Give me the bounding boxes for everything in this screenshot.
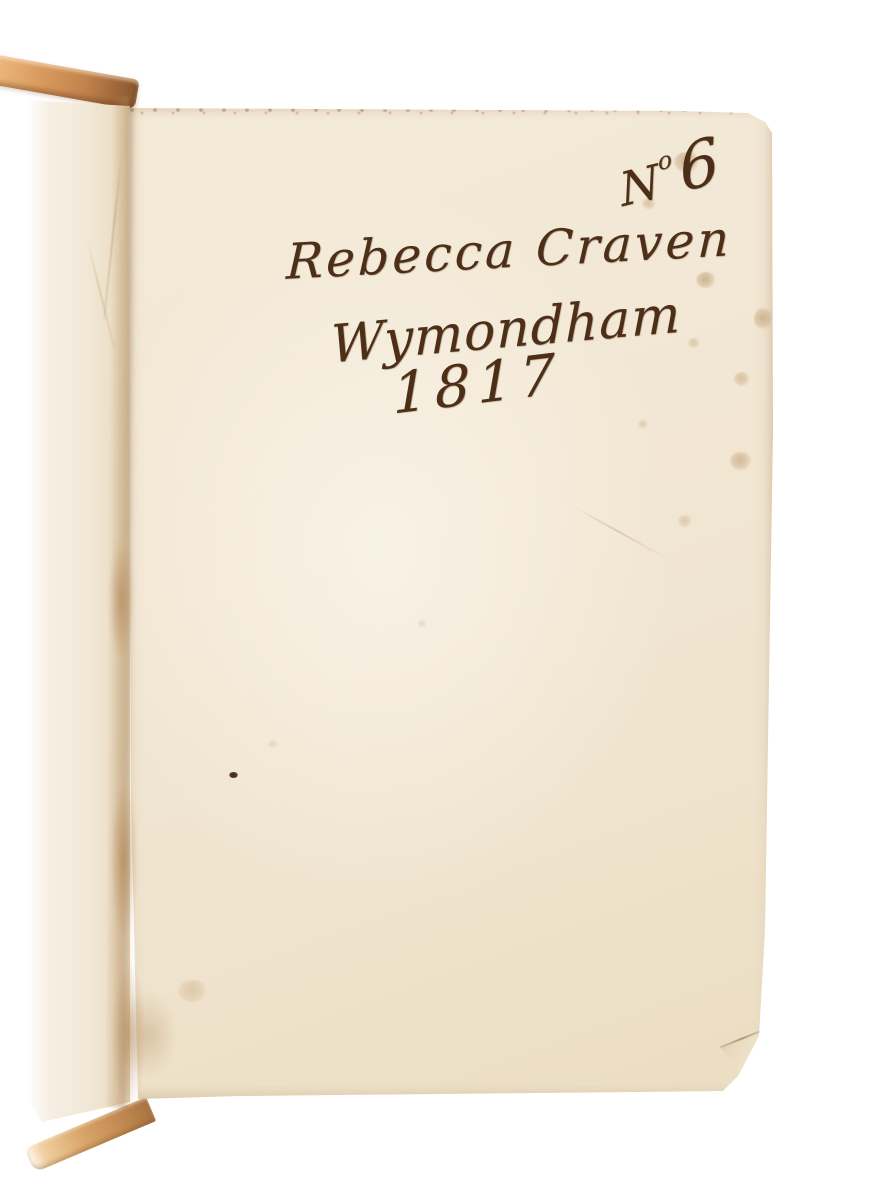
- gutter-stain: [108, 540, 134, 660]
- book-photo: No6 Rebecca Craven Wymondham 1817: [0, 0, 887, 1188]
- foxing-spot: [696, 272, 716, 288]
- page-top-edge-foxing: [126, 106, 774, 117]
- gutter-stain: [118, 990, 178, 1080]
- ink-blot: [229, 772, 238, 778]
- foxing-spot: [678, 515, 692, 527]
- foxing-spot: [418, 620, 427, 628]
- foxing-spot: [734, 372, 750, 386]
- foxing-spot: [730, 452, 752, 470]
- foxing-spot: [268, 740, 278, 748]
- foxing-spot: [754, 308, 772, 330]
- foxing-spot: [638, 420, 648, 429]
- inscription-number-superscript: o: [656, 145, 674, 176]
- foxing-spot: [178, 980, 208, 1002]
- book: No6 Rebecca Craven Wymondham 1817: [0, 0, 887, 1188]
- inscription-number-prefix: N: [616, 154, 663, 218]
- foxing-spot: [688, 338, 700, 348]
- gutter-stain: [110, 780, 138, 940]
- paper-crease-line: [572, 505, 669, 560]
